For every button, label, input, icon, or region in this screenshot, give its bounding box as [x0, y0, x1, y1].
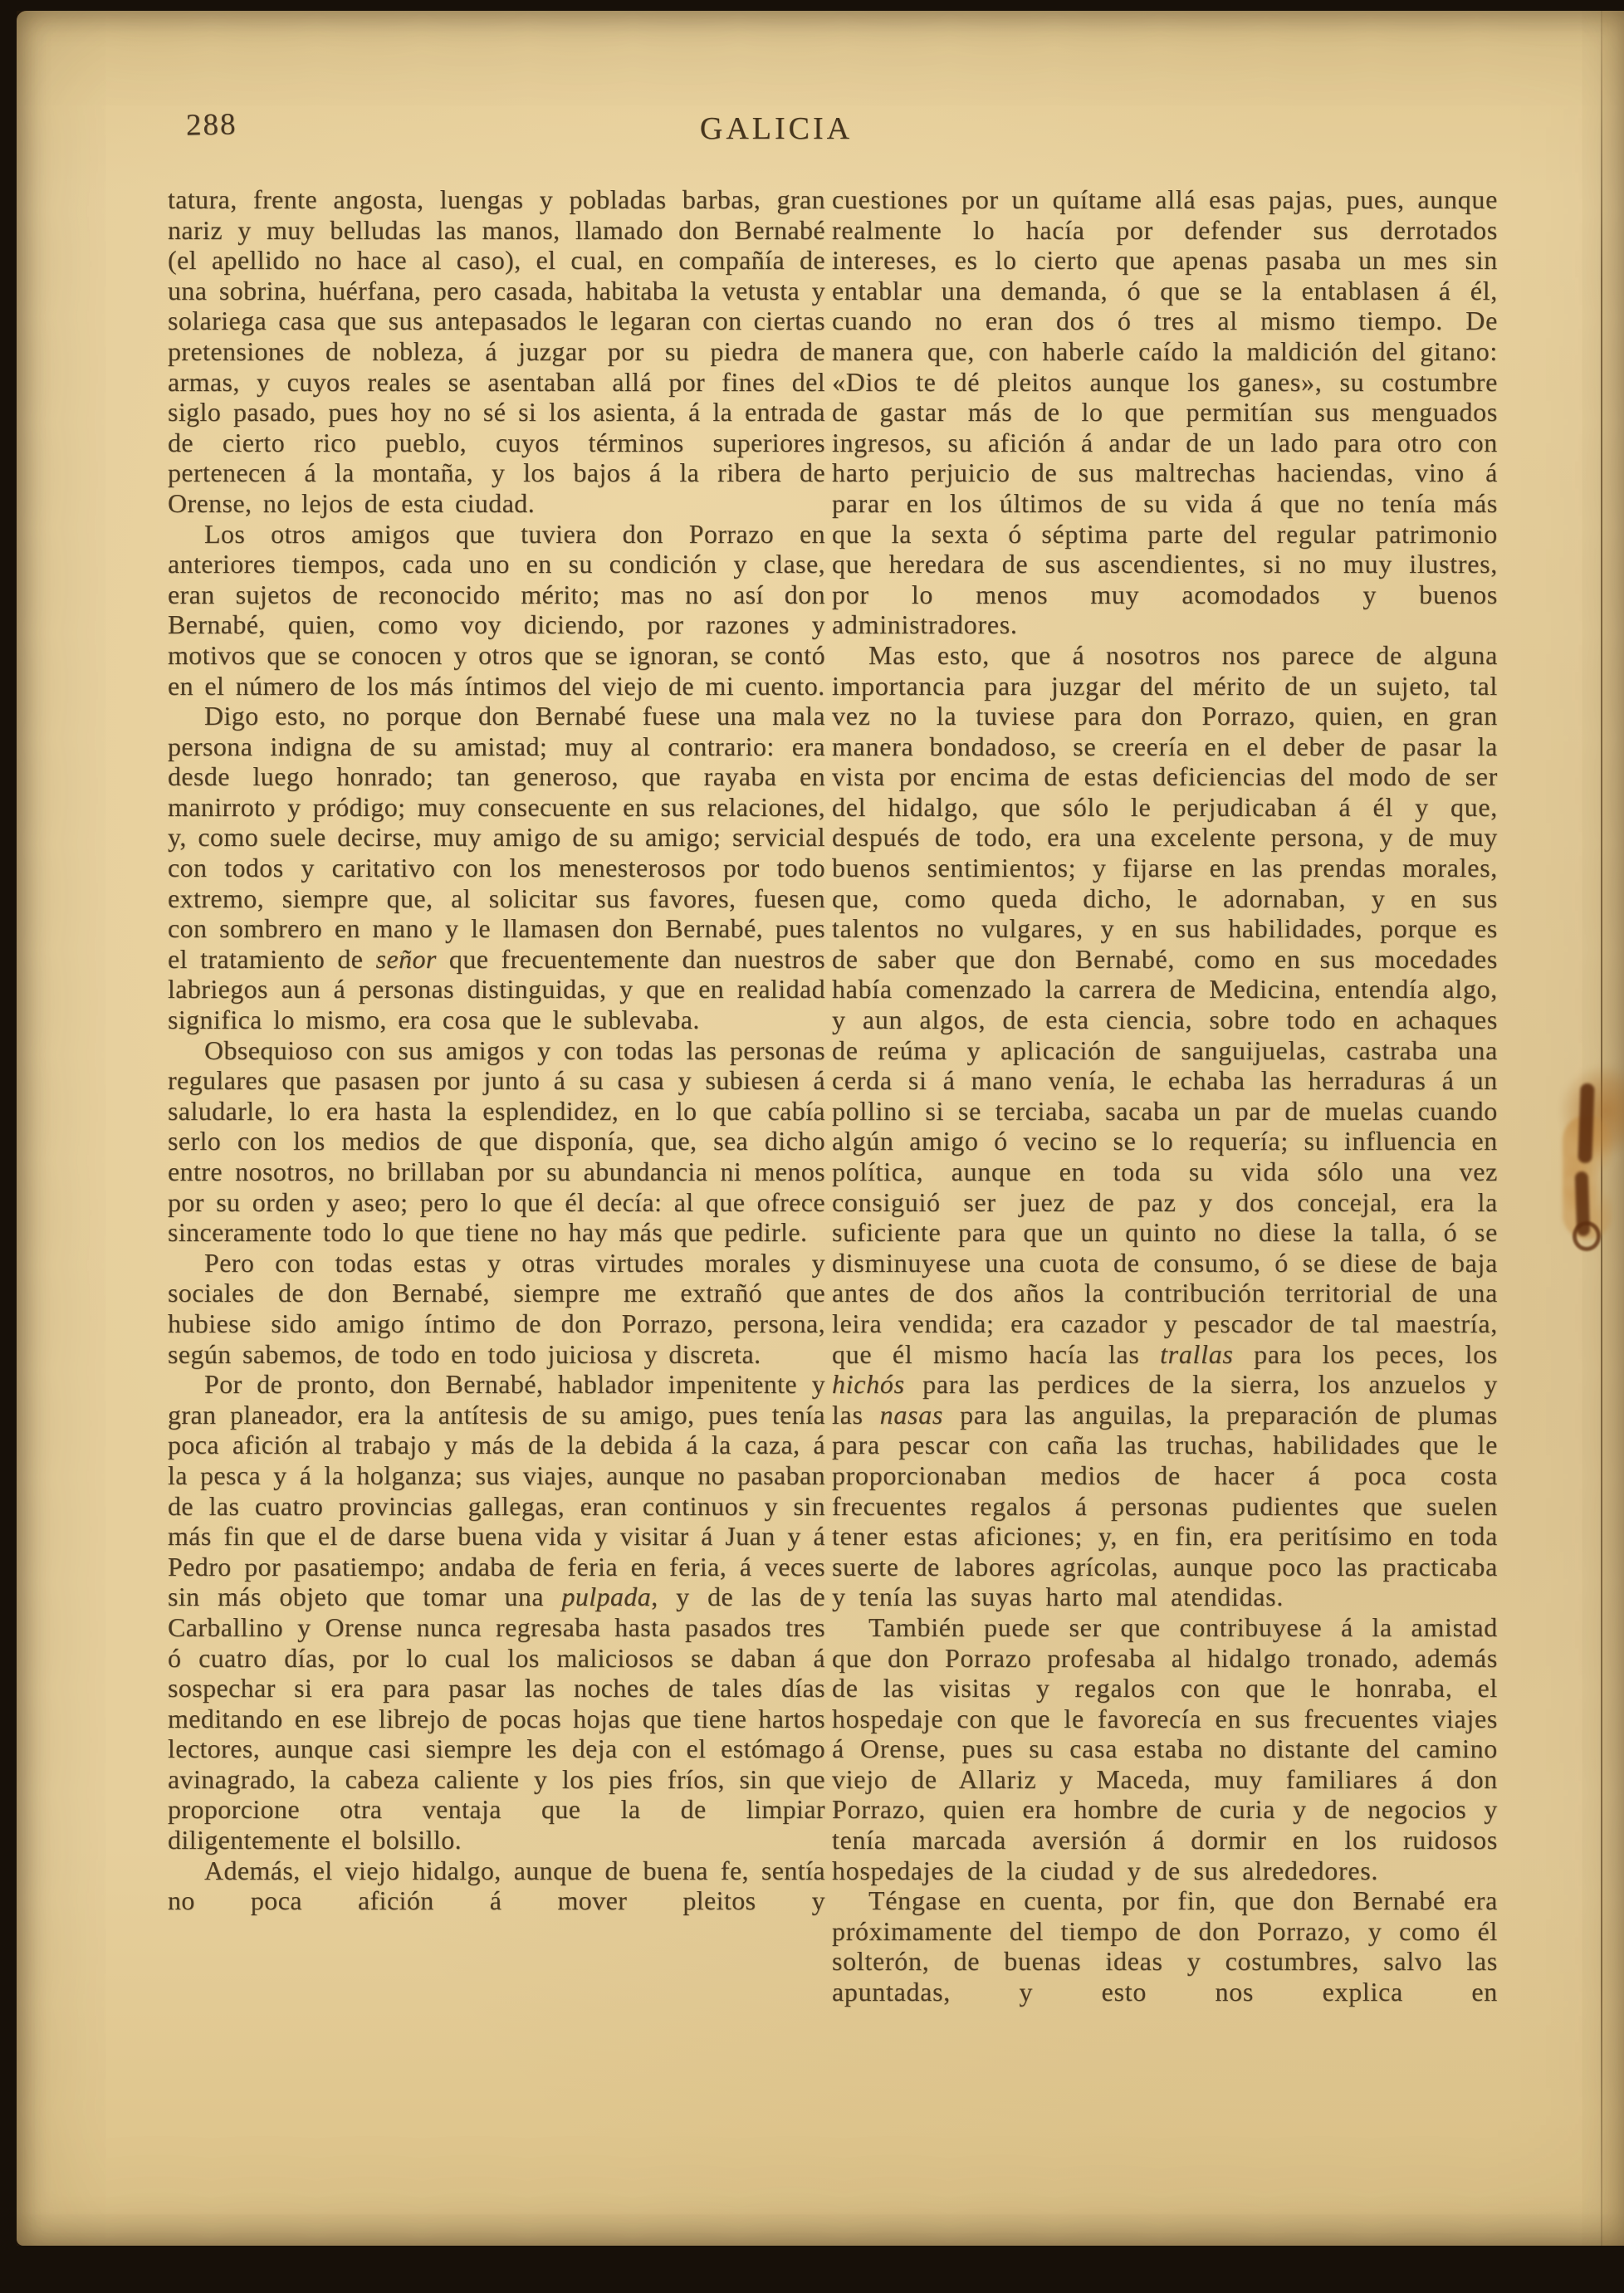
running-head-title: GALICIA — [17, 110, 1536, 147]
ink-stain-hook — [1573, 1221, 1601, 1251]
paragraph: Por de pronto, don Bernabé, hablador imp… — [168, 1369, 825, 1855]
paragraph: Mas esto, que á nosotros nos parece de a… — [832, 640, 1498, 1612]
paragraph: También puede ser que contribuyese á la … — [832, 1612, 1498, 1885]
paragraph: Los otros amigos que tuviera don Porrazo… — [168, 519, 825, 702]
text-column-right: cuestiones por un quítame allá esas paja… — [832, 184, 1498, 2177]
scanned-book-photo: { "scan": { "border_color": "#171009", "… — [0, 0, 1624, 2293]
paragraph: Pero con todas estas y otras virtudes mo… — [168, 1248, 825, 1369]
ink-stain-streak — [1578, 1083, 1594, 1164]
paragraph: tatura, frente angosta, luengas y poblad… — [168, 184, 825, 519]
paragraph: Téngase en cuenta, por fin, que don Bern… — [832, 1885, 1498, 2007]
book-page: 288 GALICIA tatura, frente angosta, luen… — [17, 11, 1624, 2246]
paragraph: cuestiones por un quítame allá esas paja… — [832, 184, 1498, 640]
paragraph: Digo esto, no porque don Bernabé fuese u… — [168, 701, 825, 1035]
paragraph: Obsequioso con sus amigos y con todas la… — [168, 1035, 825, 1248]
paragraph: Además, el viejo hidalgo, aunque de buen… — [168, 1855, 825, 1916]
text-column-left: tatura, frente angosta, luengas y poblad… — [168, 184, 825, 2177]
